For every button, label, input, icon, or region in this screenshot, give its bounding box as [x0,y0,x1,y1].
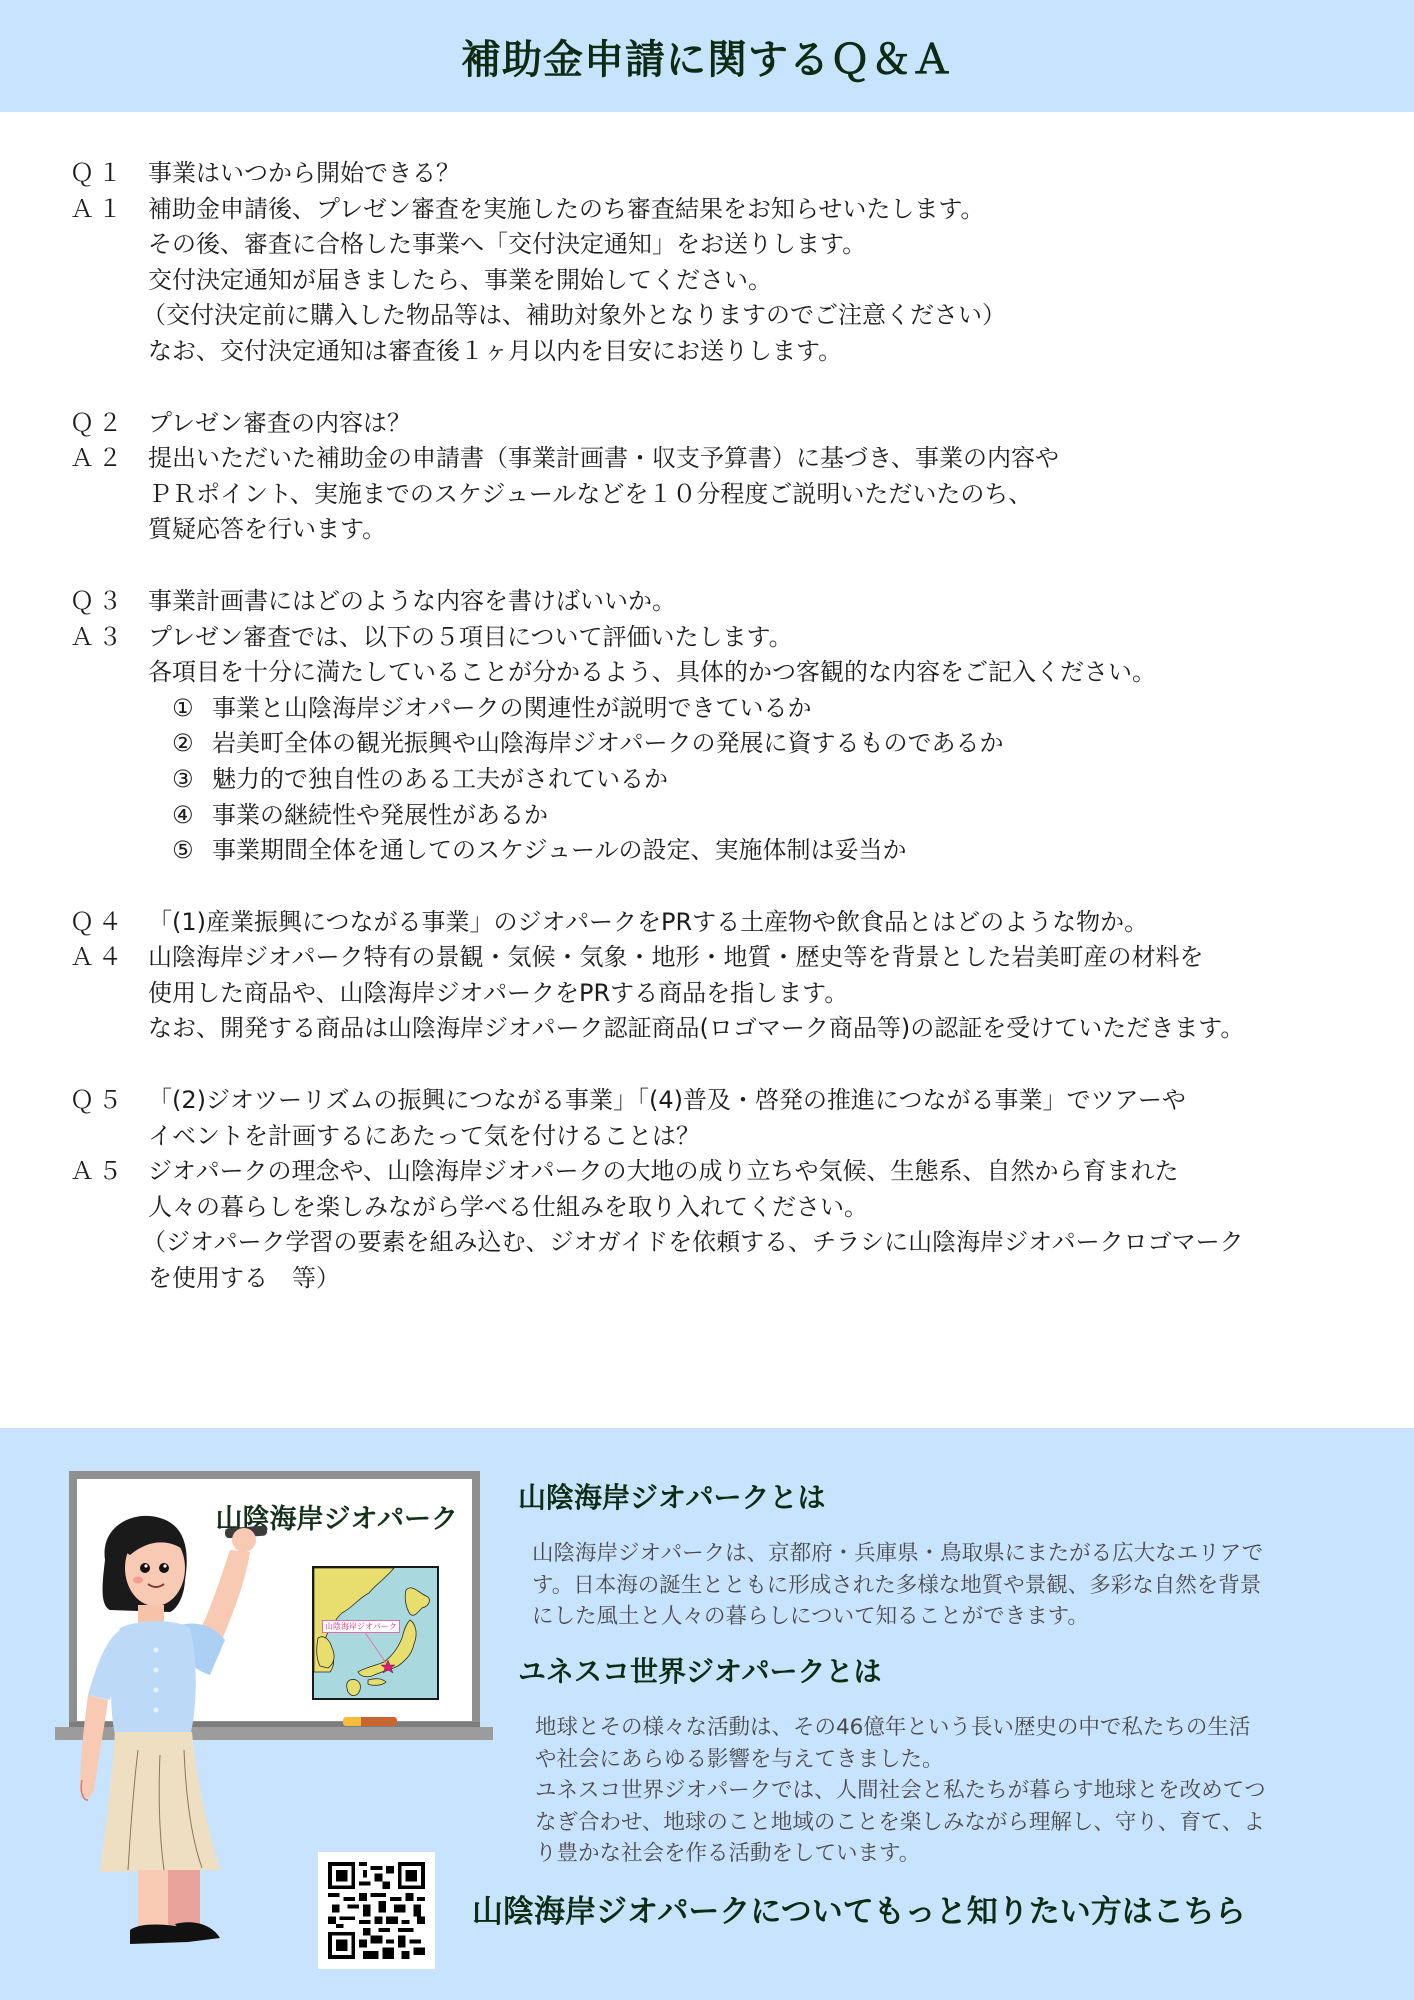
paragraph-line: 地球とその様々な活動は、その46億年という長い歴史の中で私たちの生活 [535,1712,1365,1744]
question-tag: Ｑ４ [70,905,148,941]
answer-row: その後、審査に合格した事業へ「交付決定通知」をお送りします。 [70,227,1370,263]
question-text: 事業計画書にはどのような内容を書けばいいか。 [148,584,1370,620]
question-tag: Ｑ５ [70,1083,148,1119]
answer-row: なお、開発する商品は山陰海岸ジオパーク認証商品(ロゴマーク商品等)の認証を受けて… [70,1011,1370,1047]
answer-text: ジオパークの理念や、山陰海岸ジオパークの大地の成り立ちや気候、生態系、自然から育… [148,1154,1370,1190]
japan-map-icon [314,1568,439,1700]
title-banner: 補助金申請に関するＱ＆Ａ [0,0,1414,112]
question-text: 「(2)ジオツーリズムの振興につながる事業」「(4)普及・啓発の推進につながる事… [148,1083,1370,1119]
question-row: Ｑ１ 事業はいつから開始できる？ [70,156,1370,192]
paragraph-line: にした風土と人々の暮らしについて知ることができます。 [532,1601,1362,1633]
answer-row: Ａ３ プレゼン審査では、以下の５項目について評価いたします。 [70,620,1370,656]
answer-text: を使用する 等） [148,1261,1370,1297]
paragraph-line: り豊かな社会を作る活動をしています。 [535,1838,1365,1870]
paragraph-line: 山陰海岸ジオパークは、京都府・兵庫県・鳥取県にまたがる広大なエリアで [532,1538,1362,1570]
criteria-number: ① [172,691,212,727]
section-heading-unesco-geopark: ユネスコ世界ジオパークとは [518,1650,881,1690]
question-row: Ｑ５ 「(2)ジオツーリズムの振興につながる事業」「(4)普及・啓発の推進につな… [70,1083,1370,1119]
answer-tag: Ａ３ [70,620,148,656]
question-text: 事業はいつから開始できる？ [148,156,1370,192]
criteria-item: ④事業の継続性や発展性があるか [70,798,1370,834]
answer-text: ＰＲポイント、実施までのスケジュールなどを１０分程度ご説明いただいたのち、 [148,477,1370,513]
presenter-illustration-icon [60,1510,320,1950]
answer-text: 山陰海岸ジオパーク特有の景観・気候・気象・地形・地質・歴史等を背景とした岩美町産… [148,940,1370,976]
answer-row: 人々の暮らしを楽しみながら学べる仕組みを取り入れてください。 [70,1190,1370,1226]
qa-item-3: Ｑ３ 事業計画書にはどのような内容を書けばいいか。 Ａ３ プレゼン審査では、以下… [70,584,1370,869]
qa-item-5: Ｑ５ 「(2)ジオツーリズムの振興につながる事業」「(4)普及・啓発の推進につな… [70,1083,1370,1297]
paragraph-line: す。日本海の誕生とともに形成された多様な地質や景観、多彩な自然を背景 [532,1570,1362,1602]
answer-text: 提出いただいた補助金の申請書（事業計画書・収支予算書）に基づき、事業の内容や [148,441,1370,477]
paragraph-line: ユネスコ世界ジオパークでは、人間社会と私たちが暮らす地球とを改めてつ [535,1775,1365,1807]
section-body-sanin-geopark: 山陰海岸ジオパークは、京都府・兵庫県・鳥取県にまたがる広大なエリアで す。日本海… [532,1538,1362,1633]
answer-text: （交付決定前に購入した物品等は、補助対象外となりますのでご注意ください） [148,298,1370,334]
question-row: Ｑ３ 事業計画書にはどのような内容を書けばいいか。 [70,584,1370,620]
question-tag: Ｑ３ [70,584,148,620]
qr-code[interactable] [318,1852,435,1969]
criteria-item: ①事業と山陰海岸ジオパークの関連性が説明できているか [70,691,1370,727]
map-label: 山陰海岸ジオパーク [322,1620,400,1633]
answer-text: プレゼン審査では、以下の５項目について評価いたします。 [148,620,1370,656]
answer-text: 人々の暮らしを楽しみながら学べる仕組みを取り入れてください。 [148,1190,1370,1226]
criteria-text: 魅力的で独自性のある工夫がされているか [212,765,668,793]
answer-row: （交付決定前に購入した物品等は、補助対象外となりますのでご注意ください） [70,298,1370,334]
section-body-unesco-geopark: 地球とその様々な活動は、その46億年という長い歴史の中で私たちの生活 や社会にあ… [535,1712,1365,1870]
japan-map-image: 山陰海岸ジオパーク [312,1566,439,1700]
answer-text: なお、交付決定通知は審査後１ヶ月以内を目安にお送りします。 [148,334,1370,370]
answer-row: なお、交付決定通知は審査後１ヶ月以内を目安にお送りします。 [70,334,1370,370]
paragraph-line: なぎ合わせ、地球のこと地域のことを楽しみながら理解し、守り、育て、よ [535,1807,1365,1839]
question-row: イベントを計画するにあたって気を付けることは？ [70,1119,1370,1155]
answer-text: 各項目を十分に満たしていることが分かるよう、具体的かつ客観的な内容をご記入くださ… [148,655,1370,691]
question-text: 「(1)産業振興につながる事業」のジオパークをPRする土産物や飲食品とはどのよう… [148,905,1370,941]
answer-text: 使用した商品や、山陰海岸ジオパークをPRする商品を指します。 [148,976,1370,1012]
criteria-item: ⑤事業期間全体を通してのスケジュールの設定、実施体制は妥当か [70,833,1370,869]
criteria-number: ③ [172,762,212,798]
question-tag: Ｑ２ [70,406,148,442]
answer-row: を使用する 等） [70,1261,1370,1297]
answer-text: （ジオパーク学習の要素を組み込む、ジオガイドを依頼する、チラシに山陰海岸ジオパー… [148,1225,1370,1261]
question-text: プレゼン審査の内容は？ [148,406,1370,442]
page-title: 補助金申請に関するＱ＆Ａ [461,28,953,85]
question-text: イベントを計画するにあたって気を付けることは？ [148,1119,1370,1155]
answer-row: Ａ１ 補助金申請後、プレゼン審査を実施したのち審査結果をお知らせいたします。 [70,192,1370,228]
section-heading-sanin-geopark: 山陰海岸ジオパークとは [518,1476,825,1516]
answer-row: Ａ５ ジオパークの理念や、山陰海岸ジオパークの大地の成り立ちや気候、生態系、自然… [70,1154,1370,1190]
answer-row: Ａ４ 山陰海岸ジオパーク特有の景観・気候・気象・地形・地質・歴史等を背景とした岩… [70,940,1370,976]
qa-list: Ｑ１ 事業はいつから開始できる？ Ａ１ 補助金申請後、プレゼン審査を実施したのち… [70,156,1370,1333]
marker-yellow [343,1717,363,1726]
answer-row: ＰＲポイント、実施までのスケジュールなどを１０分程度ご説明いただいたのち、 [70,477,1370,513]
learn-more-callout: 山陰海岸ジオパークについてもっと知りたい方はこちら [472,1886,1246,1931]
answer-row: 各項目を十分に満たしていることが分かるよう、具体的かつ客観的な内容をご記入くださ… [70,655,1370,691]
answer-tag: Ａ４ [70,940,148,976]
answer-text: なお、開発する商品は山陰海岸ジオパーク認証商品(ロゴマーク商品等)の認証を受けて… [148,1011,1370,1047]
answer-text: 補助金申請後、プレゼン審査を実施したのち審査結果をお知らせいたします。 [148,192,1370,228]
criteria-number: ⑤ [172,833,212,869]
question-row: Ｑ２ プレゼン審査の内容は？ [70,406,1370,442]
answer-row: Ａ２ 提出いただいた補助金の申請書（事業計画書・収支予算書）に基づき、事業の内容… [70,441,1370,477]
answer-text: 質疑応答を行います。 [148,512,1370,548]
answer-text: 交付決定通知が届きましたら、事業を開始してください。 [148,263,1370,299]
criteria-text: 岩美町全体の観光振興や山陰海岸ジオパークの発展に資するものであるか [212,729,1004,757]
criteria-text: 事業と山陰海岸ジオパークの関連性が説明できているか [212,694,812,722]
answer-row: 質疑応答を行います。 [70,512,1370,548]
qa-item-2: Ｑ２ プレゼン審査の内容は？ Ａ２ 提出いただいた補助金の申請書（事業計画書・収… [70,406,1370,548]
eraser-orange [361,1717,397,1726]
criteria-number: ② [172,726,212,762]
criteria-text: 事業の継続性や発展性があるか [212,801,548,829]
answer-tag: Ａ１ [70,192,148,228]
answer-tag: Ａ５ [70,1154,148,1190]
criteria-text: 事業期間全体を通してのスケジュールの設定、実施体制は妥当か [212,836,907,864]
criteria-item: ②岩美町全体の観光振興や山陰海岸ジオパークの発展に資するものであるか [70,726,1370,762]
paragraph-line: や社会にあらゆる影響を与えてきました。 [535,1744,1365,1776]
question-row: Ｑ４ 「(1)産業振興につながる事業」のジオパークをPRする土産物や飲食品とはど… [70,905,1370,941]
answer-tag: Ａ２ [70,441,148,477]
qa-item-1: Ｑ１ 事業はいつから開始できる？ Ａ１ 補助金申請後、プレゼン審査を実施したのち… [70,156,1370,370]
question-tag: Ｑ１ [70,156,148,192]
qa-item-4: Ｑ４ 「(1)産業振興につながる事業」のジオパークをPRする土産物や飲食品とはど… [70,905,1370,1047]
criteria-number: ④ [172,798,212,834]
answer-row: （ジオパーク学習の要素を組み込む、ジオガイドを依頼する、チラシに山陰海岸ジオパー… [70,1225,1370,1261]
answer-row: 交付決定通知が届きましたら、事業を開始してください。 [70,263,1370,299]
criteria-item: ③魅力的で独自性のある工夫がされているか [70,762,1370,798]
answer-text: その後、審査に合格した事業へ「交付決定通知」をお送りします。 [148,227,1370,263]
qr-code-icon [328,1862,425,1959]
answer-row: 使用した商品や、山陰海岸ジオパークをPRする商品を指します。 [70,976,1370,1012]
